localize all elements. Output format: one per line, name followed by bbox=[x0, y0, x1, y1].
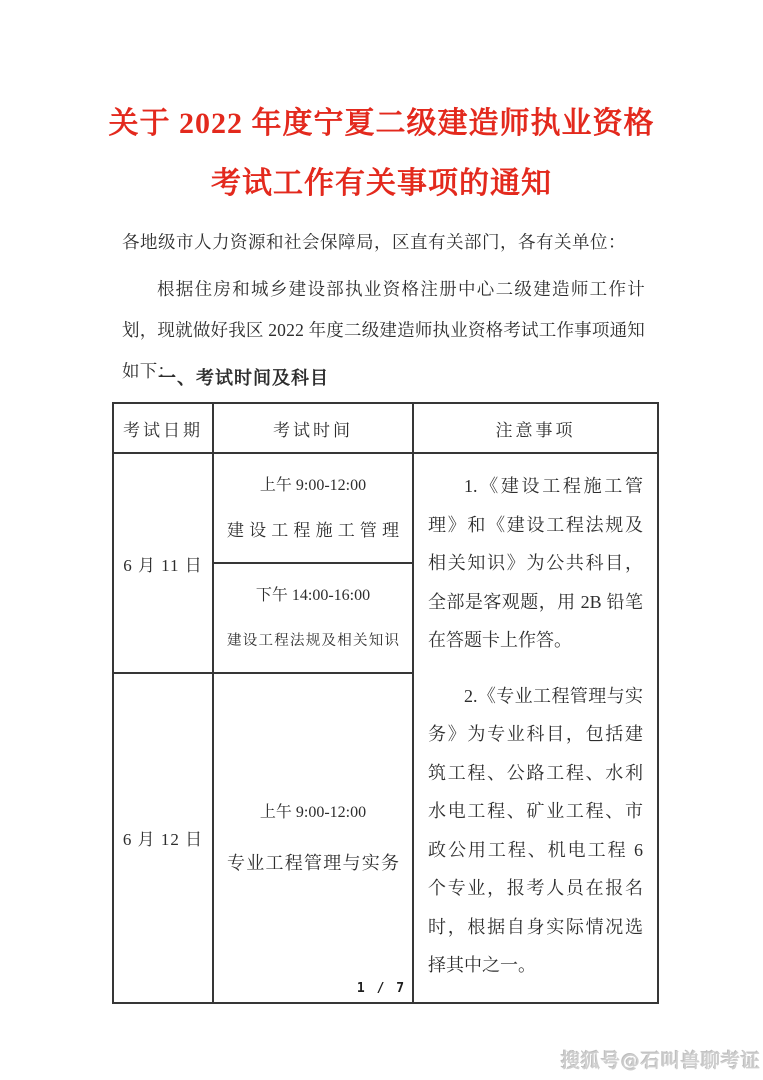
session-subject-jun11-pm: 建设工程法规及相关知识 bbox=[227, 625, 399, 657]
header-cell-notes: 注意事项 bbox=[413, 403, 658, 453]
notes-cell: 1.《建设工程施工管理》和《建设工程法规及相关知识》为公共科目，全部是客观题，用… bbox=[413, 453, 658, 1003]
session-subject-jun12-am: 专业工程管理与实务 bbox=[227, 847, 399, 879]
document-title-line2: 考试工作有关事项的通知 bbox=[0, 154, 763, 214]
session-time-jun12-am: 上午 9:00-12:00 bbox=[227, 797, 399, 829]
session-subject-jun11-am: 建设工程施工管理 bbox=[227, 515, 399, 547]
table-row-jun11-morning: 6 月 11 日 上午 9:00-12:00 建设工程施工管理 1.《建设工程施… bbox=[113, 453, 658, 563]
page-number: 1 / 7 bbox=[0, 981, 763, 996]
header-cell-exam-date: 考试日期 bbox=[113, 403, 213, 453]
sohu-account-watermark: 搜狐号@石叫兽聊考证 bbox=[561, 1046, 761, 1073]
document-title-line1: 关于 2022 年度宁夏二级建造师执业资格 bbox=[0, 94, 763, 154]
document-title: 关于 2022 年度宁夏二级建造师执业资格 考试工作有关事项的通知 bbox=[0, 94, 763, 214]
date-cell-jun12: 6 月 12 日 bbox=[113, 673, 213, 1002]
session-time-jun11-pm: 下午 14:00-16:00 bbox=[227, 580, 399, 612]
section-1-heading: 一、考试时间及科目 bbox=[122, 357, 645, 399]
date-cell-jun11: 6 月 11 日 bbox=[113, 453, 213, 673]
note-paragraph-1: 1.《建设工程施工管理》和《建设工程法规及相关知识》为公共科目，全部是客观题，用… bbox=[428, 467, 643, 660]
session-cell-jun12-am: 上午 9:00-12:00 专业工程管理与实务 bbox=[213, 673, 413, 1002]
session-cell-jun11-am: 上午 9:00-12:00 建设工程施工管理 bbox=[213, 453, 413, 563]
session-cell-jun11-pm: 下午 14:00-16:00 建设工程法规及相关知识 bbox=[213, 563, 413, 673]
salutation-paragraph: 各地级市人力资源和社会保障局，区直有关部门，各有关单位： bbox=[122, 222, 645, 262]
document-page: 关于 2022 年度宁夏二级建造师执业资格 考试工作有关事项的通知 各地级市人力… bbox=[0, 0, 763, 1080]
exam-schedule-table: 考试日期 考试时间 注意事项 6 月 11 日 上午 9:00-12:00 建设… bbox=[112, 402, 659, 1004]
header-cell-exam-time: 考试时间 bbox=[213, 403, 413, 453]
table-header-row: 考试日期 考试时间 注意事项 bbox=[113, 403, 658, 453]
note-paragraph-2: 2.《专业工程管理与实务》为专业科目，包括建筑工程、公路工程、水利水电工程、矿业… bbox=[428, 677, 643, 985]
session-time-jun11-am: 上午 9:00-12:00 bbox=[227, 470, 399, 502]
